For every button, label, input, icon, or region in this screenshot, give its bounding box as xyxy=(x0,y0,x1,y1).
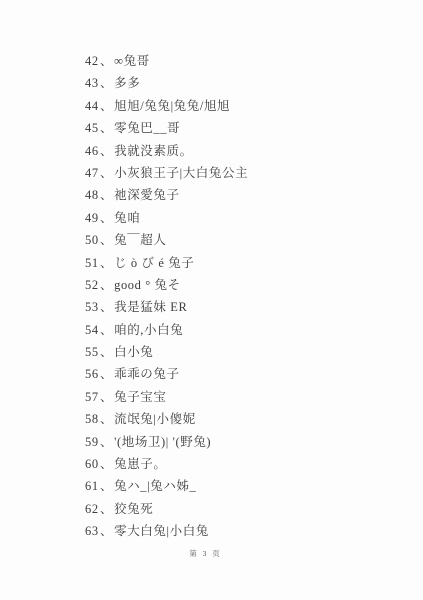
item-separator: 、 xyxy=(100,76,113,90)
list-item: 43、多多 xyxy=(85,72,423,94)
item-separator: 、 xyxy=(100,502,113,516)
item-name: 白小兔 xyxy=(114,345,153,359)
list-item: 51、じ ò び é 兔子 xyxy=(85,252,423,274)
list-item: 44、旭旭/兔兔|兔兔/旭旭 xyxy=(85,95,423,117)
item-separator: 、 xyxy=(100,345,113,359)
item-separator: 、 xyxy=(100,166,113,180)
name-list: 42、∞兔哥 43、多多 44、旭旭/兔兔|兔兔/旭旭 45、零兔巴__哥 46… xyxy=(0,0,423,543)
item-name: 零兔巴__哥 xyxy=(114,121,180,135)
item-name: '(地场卫)| '(野兔) xyxy=(114,435,211,449)
item-separator: 、 xyxy=(100,144,113,158)
item-number: 42 xyxy=(85,50,100,72)
list-item: 56、乖乖の兔子 xyxy=(85,363,423,385)
item-name: 乖乖の兔子 xyxy=(114,367,180,381)
list-item: 61、兔ハ_|兔ハ姊_ xyxy=(85,475,423,497)
list-item: 50、兔￣超人 xyxy=(85,229,423,251)
item-separator: 、 xyxy=(100,367,113,381)
list-item: 57、兔子宝宝 xyxy=(85,386,423,408)
list-item: 49、兔咱 xyxy=(85,207,423,229)
item-separator: 、 xyxy=(100,524,113,538)
list-item: 48、祂深愛兔子 xyxy=(85,184,423,206)
list-item: 52、good ° 兔そ xyxy=(85,274,423,296)
item-number: 43 xyxy=(85,72,100,94)
item-number: 55 xyxy=(85,341,100,363)
list-item: 46、我就没素质。 xyxy=(85,140,423,162)
item-number: 60 xyxy=(85,453,100,475)
item-separator: 、 xyxy=(100,233,113,247)
item-number: 61 xyxy=(85,475,100,497)
list-item: 63、零大白兔|小白兔 xyxy=(85,520,423,542)
item-separator: 、 xyxy=(100,300,113,314)
item-name: 小灰狼王子|大白兔公主 xyxy=(114,166,248,180)
item-separator: 、 xyxy=(100,99,113,113)
item-number: 48 xyxy=(85,184,100,206)
item-number: 63 xyxy=(85,520,100,542)
item-name: 兔子宝宝 xyxy=(114,390,166,404)
item-name: 零大白兔|小白兔 xyxy=(114,524,209,538)
item-number: 50 xyxy=(85,229,100,251)
item-number: 51 xyxy=(85,252,100,274)
item-separator: 、 xyxy=(100,256,113,270)
item-number: 52 xyxy=(85,274,100,296)
item-separator: 、 xyxy=(100,54,113,68)
item-name: 流氓兔|小傻妮 xyxy=(114,412,196,426)
item-name: good ° 兔そ xyxy=(114,278,181,292)
list-item: 45、零兔巴__哥 xyxy=(85,117,423,139)
item-number: 62 xyxy=(85,498,100,520)
item-name: 祂深愛兔子 xyxy=(114,188,180,202)
list-item: 53、我是猛妹 ER xyxy=(85,296,423,318)
list-item: 47、小灰狼王子|大白兔公主 xyxy=(85,162,423,184)
page-number-label: 第 3 页 xyxy=(189,549,222,558)
list-item: 54、咱的,小白兔 xyxy=(85,319,423,341)
item-name: 兔崽子。 xyxy=(114,457,166,471)
item-name: 兔ハ_|兔ハ姊_ xyxy=(114,479,196,493)
item-number: 54 xyxy=(85,319,100,341)
item-name: 兔咱 xyxy=(114,211,140,225)
list-item: 55、白小兔 xyxy=(85,341,423,363)
item-number: 56 xyxy=(85,363,100,385)
list-item: 42、∞兔哥 xyxy=(85,50,423,72)
item-name: 我是猛妹 ER xyxy=(114,300,187,314)
item-name: 咱的,小白兔 xyxy=(114,323,183,337)
item-name: 兔￣超人 xyxy=(114,233,166,247)
item-name: ∞兔哥 xyxy=(114,54,150,68)
item-separator: 、 xyxy=(100,390,113,404)
item-name: 多多 xyxy=(114,76,140,90)
item-separator: 、 xyxy=(100,479,113,493)
item-separator: 、 xyxy=(100,457,113,471)
list-item: 60、兔崽子。 xyxy=(85,453,423,475)
list-item: 62、狡兔死 xyxy=(85,498,423,520)
document-page: 42、∞兔哥 43、多多 44、旭旭/兔兔|兔兔/旭旭 45、零兔巴__哥 46… xyxy=(0,0,423,600)
list-item: 58、流氓兔|小傻妮 xyxy=(85,408,423,430)
item-name: 我就没素质。 xyxy=(114,144,193,158)
item-number: 47 xyxy=(85,162,100,184)
item-separator: 、 xyxy=(100,188,113,202)
item-number: 49 xyxy=(85,207,100,229)
item-number: 57 xyxy=(85,386,100,408)
item-number: 59 xyxy=(85,431,100,453)
item-separator: 、 xyxy=(100,412,113,426)
page-footer: 第 3 页 xyxy=(0,548,411,559)
item-name: 狡兔死 xyxy=(114,502,153,516)
item-separator: 、 xyxy=(100,121,113,135)
item-separator: 、 xyxy=(100,211,113,225)
item-number: 45 xyxy=(85,117,100,139)
item-separator: 、 xyxy=(100,323,113,337)
list-item: 59、'(地场卫)| '(野兔) xyxy=(85,431,423,453)
item-number: 58 xyxy=(85,408,100,430)
item-name: 旭旭/兔兔|兔兔/旭旭 xyxy=(114,99,230,113)
item-number: 53 xyxy=(85,296,100,318)
item-number: 44 xyxy=(85,95,100,117)
item-separator: 、 xyxy=(100,435,113,449)
item-number: 46 xyxy=(85,140,100,162)
item-name: じ ò び é 兔子 xyxy=(114,256,194,270)
item-separator: 、 xyxy=(100,278,113,292)
